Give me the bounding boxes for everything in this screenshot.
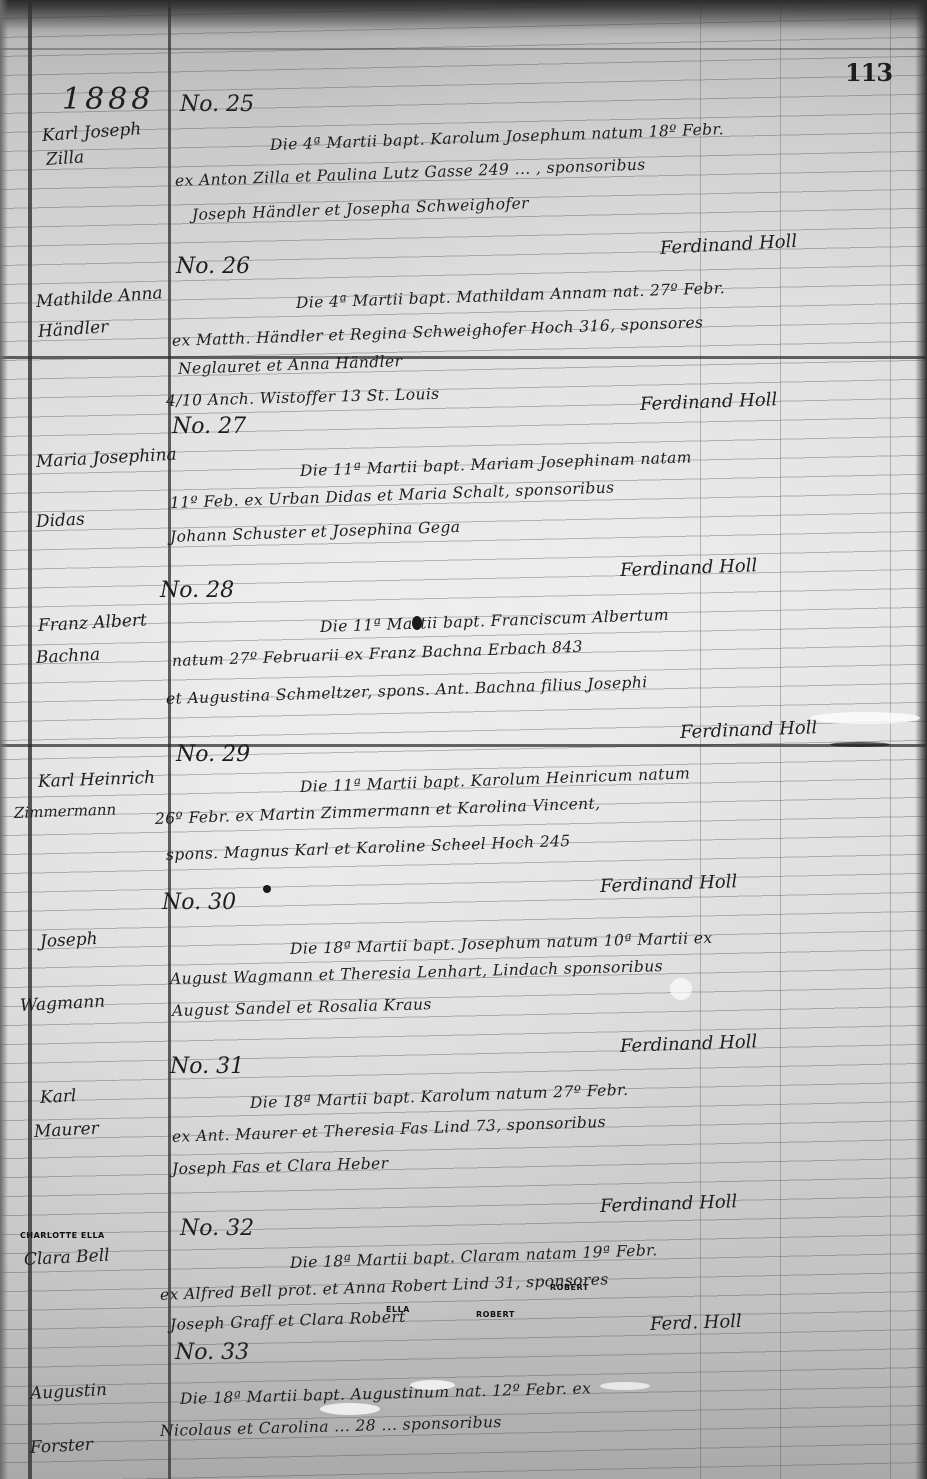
ink-streak — [830, 742, 890, 747]
header-rule — [0, 48, 927, 50]
annotation-stamp: ROBERT — [550, 1283, 589, 1292]
margin-surname: Bachna — [35, 645, 100, 668]
scan-edge-left — [0, 0, 8, 1479]
entry-number: No. 33 — [175, 1340, 249, 1365]
priest-signature: Ferdinand Holl — [620, 555, 758, 581]
fold-line — [0, 744, 927, 747]
entry-number: No. 29 — [176, 742, 250, 767]
entry-number: No. 27 — [172, 414, 246, 439]
entry-line: 11º Feb. ex Urban Didas et Maria Schalt,… — [170, 478, 615, 512]
paper-damage — [670, 978, 692, 1000]
entry-line: Johann Schuster et Josephina Gega — [170, 518, 461, 546]
margin-surname: Maurer — [33, 1119, 99, 1142]
margin-given-name: Karl — [39, 1086, 76, 1108]
paper-damage — [600, 1382, 650, 1390]
priest-signature: Ferdinand Holl — [600, 871, 738, 897]
entry-line: 26º Febr. ex Martin Zimmermann et Karoli… — [155, 794, 601, 828]
entry-line: August Wagmann et Theresia Lenhart, Lind… — [170, 957, 663, 988]
entry-line: ex Anton Zilla et Paulina Lutz Gasse 249… — [175, 156, 646, 190]
priest-signature: Ferdinand Holl — [620, 1031, 758, 1057]
register-year: 1888 — [62, 82, 154, 117]
paper-damage — [810, 712, 920, 724]
entry-line: 4/10 Anch. Wistoffer 13 St. Louis — [166, 385, 440, 410]
entry-line: August Sandel et Rosalia Kraus — [172, 995, 432, 1020]
faint-column-rule — [890, 0, 891, 1479]
priest-signature: Ferd. Holl — [650, 1311, 742, 1335]
margin-surname: Zimmermann — [14, 800, 117, 822]
page-number: 113 — [845, 58, 892, 87]
priest-signature: Ferdinand Holl — [659, 231, 797, 259]
priest-signature: Ferdinand Holl — [680, 717, 818, 743]
margin-given-name: Clara Bell — [23, 1246, 110, 1270]
margin-given-name: Augustin — [29, 1380, 107, 1404]
entry-line: Joseph Fas et Clara Heber — [172, 1154, 389, 1178]
entry-line: Joseph Graff et Clara Robert — [170, 1308, 406, 1334]
annotation-stamp: ELLA — [386, 1305, 410, 1314]
entry-line: Die 18ª Martii bapt. Augustinum nat. 12º… — [180, 1379, 592, 1408]
annotation-stamp: CHARLOTTE ELLA — [20, 1231, 105, 1240]
entry-line: Die 18ª Martii bapt. Josephum natum 10ª … — [290, 929, 713, 958]
entry-number: No. 31 — [170, 1054, 244, 1079]
paper-damage — [410, 1380, 455, 1390]
entry-line: Nicolaus et Carolina ... 28 ... sponsori… — [160, 1413, 502, 1440]
margin-surname: Händler — [37, 317, 109, 342]
margin-surname: Forster — [29, 1435, 93, 1458]
entry-number: No. 32 — [180, 1216, 254, 1241]
fold-line — [0, 356, 927, 359]
entry-number: No. 30 — [162, 890, 236, 915]
margin-surname: Wagmann — [19, 992, 105, 1016]
annotation-stamp: ROBERT — [476, 1310, 515, 1319]
margin-given-name: Franz Albert — [37, 610, 147, 636]
ink-blot — [263, 885, 271, 893]
entry-line: ex Alfred Bell prot. et Anna Robert Lind… — [160, 1270, 609, 1304]
entry-line: Die 11ª Martii bapt. Franciscum Albertum — [320, 606, 670, 636]
entry-line: Die 18ª Martii bapt. Karolum natum 27º F… — [250, 1081, 629, 1112]
priest-signature: Ferdinand Holl — [600, 1191, 738, 1217]
entry-line: ex Ant. Maurer et Theresia Fas Lind 73, … — [172, 1113, 607, 1146]
margin-given-name: Maria Josephina — [35, 445, 177, 472]
entry-line: Joseph Händler et Josepha Schweighofer — [192, 194, 530, 224]
margin-given-name: Karl Joseph — [41, 119, 142, 146]
entry-line: Die 11ª Martii bapt. Mariam Josephinam n… — [300, 448, 692, 480]
entry-line: et Augustina Schmeltzer, spons. Ant. Bac… — [166, 673, 648, 708]
margin-given-name: Joseph — [39, 929, 98, 952]
entry-number: No. 26 — [176, 254, 250, 279]
entry-number: No. 25 — [180, 92, 254, 117]
register-page: 113 1888 No. 25 Karl Joseph Zilla Die 4ª… — [0, 0, 927, 1479]
entry-line: Die 11ª Martii bapt. Karolum Heinricum n… — [300, 764, 691, 796]
paper-damage — [320, 1403, 380, 1415]
entry-line: Die 18ª Martii bapt. Claram natam 19ª Fe… — [290, 1241, 658, 1272]
scan-edge-right — [915, 0, 927, 1479]
ink-blot — [412, 616, 422, 630]
entry-number: No. 28 — [160, 578, 234, 603]
entry-line: natum 27º Februarii ex Franz Bachna Erba… — [172, 638, 584, 670]
margin-given-name: Mathilde Anna — [35, 283, 163, 312]
entry-line: spons. Magnus Karl et Karoline Scheel Ho… — [166, 832, 571, 864]
margin-given-name: Karl Heinrich — [38, 768, 156, 792]
entry-line: ex Matth. Händler et Regina Schweighofer… — [172, 313, 704, 350]
name-column-rule — [168, 0, 171, 1479]
scan-shadow-top — [0, 0, 927, 30]
margin-surname: Didas — [35, 509, 85, 532]
priest-signature: Ferdinand Holl — [640, 389, 778, 415]
margin-surname: Zilla — [45, 147, 85, 170]
entry-line: Die 4ª Martii bapt. Mathildam Annam nat.… — [296, 279, 726, 312]
entry-line: Die 4ª Martii bapt. Karolum Josephum nat… — [270, 120, 725, 154]
